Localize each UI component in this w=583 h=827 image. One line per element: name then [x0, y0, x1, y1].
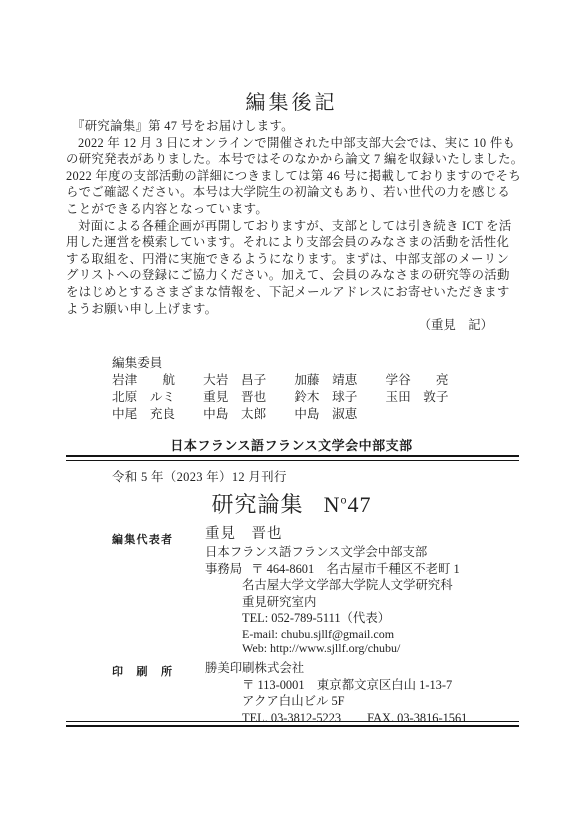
member-family: 玉田	[385, 389, 410, 406]
top-double-rule	[66, 455, 519, 461]
member-family: 大岩	[203, 372, 228, 389]
afterword-line: をはじめとするさまざまな情報を、下記メールアドレスにお寄せいただきます	[66, 284, 519, 301]
afterword-line: 2022 年 12 月 3 日にオンラインで開催された中部支部大会では、実に 1…	[66, 135, 519, 152]
bottom-double-rule	[66, 721, 519, 727]
member-given: 昌子	[241, 372, 266, 389]
editor-web: Web: http://www.sjllf.org/chubu/	[242, 641, 460, 656]
member-name: 大岩 昌子	[203, 372, 266, 389]
committee-section: 編集委員 岩津 航 大岩 昌子 加藤 靖恵 学谷 亮 北原 ルミ	[112, 355, 448, 423]
printer-name: 勝美印刷株式会社	[205, 660, 467, 677]
member-name: 玉田 敦子	[385, 389, 448, 406]
afterword-line: グリストへの登録にご協力ください。加えて、会員のみなさまの研究等の活動	[66, 267, 519, 284]
journal-number: 47	[347, 492, 371, 517]
member-given: ルミ	[150, 389, 175, 406]
publication-date: 令和 5 年（2023 年）12 月刊行	[112, 467, 287, 485]
member-family: 中尾	[112, 406, 137, 423]
member-family: 学谷	[385, 372, 410, 389]
afterword-line: ことができる内容となっています。	[66, 201, 519, 218]
member-given: 充良	[150, 406, 175, 423]
afterword-line: 2022 年度の支部活動の詳細につきましては第 46 号に掲載しておりますのでそ…	[66, 168, 519, 185]
editor-organization: 日本フランス語フランス文学会中部支部	[205, 544, 460, 561]
office-label: 事務局	[205, 561, 242, 578]
printer-block: 勝美印刷株式会社 〒 113-0001 東京都文京区白山 1-13-7 アクア白…	[205, 660, 467, 726]
member-given: 靖恵	[332, 372, 357, 389]
afterword-line: ようお願い申し上げます。	[66, 301, 519, 318]
editor-address-line3: 重見研究室内	[242, 594, 460, 611]
member-given: 球子	[332, 389, 357, 406]
afterword-line: の研究発表がありました。本号ではそのなかから論文 7 編を収録いたしました。	[66, 151, 519, 168]
afterword-body: 『研究論集』第 47 号をお届けします。 2022 年 12 月 3 日にオンラ…	[66, 118, 519, 334]
afterword-line: 『研究論集』第 47 号をお届けします。	[66, 118, 519, 135]
member-family: 中島	[294, 406, 319, 423]
editor-block: 重見 晋也 日本フランス語フランス文学会中部支部 事務局 〒 464-8601 …	[205, 524, 460, 656]
member-family: 岩津	[112, 372, 137, 389]
member-family: 北原	[112, 389, 137, 406]
afterword-signature: （重見 記）	[66, 317, 519, 334]
member-given: 亮	[436, 372, 449, 389]
member-name: 学谷 亮	[385, 372, 448, 389]
member-name: 中島 淑恵	[294, 406, 357, 423]
editor-email: E-mail: chubu.sjllf@gmail.com	[242, 627, 460, 642]
committee-row: 北原 ルミ 重見 晋也 鈴木 球子 玉田 敦子	[112, 389, 448, 406]
committee-row: 岩津 航 大岩 昌子 加藤 靖恵 学谷 亮	[112, 372, 448, 389]
journal-title-text: 研究論集	[212, 492, 304, 517]
editor-tel: TEL: 052-789-5111（代表）	[242, 610, 460, 627]
editor-office-row: 事務局 〒 464-8601 名古屋市千種区不老町 1	[205, 561, 460, 578]
editor-label: 編集代表者	[112, 531, 172, 547]
member-given: 淑恵	[332, 406, 357, 423]
committee-label: 編集委員	[112, 355, 448, 372]
journal-title: 研究論集No47	[0, 488, 583, 519]
afterword-line: 用した運営を模索しています。それにより支部会員のみなさまの活動を活性化	[66, 234, 519, 251]
colophon-page: 編集後記 『研究論集』第 47 号をお届けします。 2022 年 12 月 3 …	[0, 0, 583, 827]
member-family: 重見	[203, 389, 228, 406]
printer-address-line2: アクア白山ビル 5F	[242, 693, 467, 710]
member-name: 鈴木 球子	[294, 389, 357, 406]
member-name: 中島 太郎	[203, 406, 266, 423]
member-name: 重見 晋也	[203, 389, 266, 406]
member-name: 岩津 航	[112, 372, 175, 389]
member-family: 中島	[203, 406, 228, 423]
afterword-line: する取組を、円滑に実施できるようになります。まずは、中部支部のメーリン	[66, 251, 519, 268]
printer-label: 印 刷 所	[112, 663, 172, 679]
member-family: 鈴木	[294, 389, 319, 406]
member-name: 加藤 靖恵	[294, 372, 357, 389]
member-given: 航	[162, 372, 175, 389]
member-given: 敦子	[423, 389, 448, 406]
printer-address-line1: 〒 113-0001 東京都文京区白山 1-13-7	[242, 677, 467, 694]
committee-row: 中尾 充良 中島 太郎 中島 淑恵	[112, 406, 448, 423]
editor-address-line2: 名古屋大学文学部大学院人文学研究科	[242, 577, 460, 594]
afterword-line: 対面による各種企画が再開しておりますが、支部としては引き続き ICT を活	[66, 218, 519, 235]
member-name: 中尾 充良	[112, 406, 175, 423]
member-name: 北原 ルミ	[112, 389, 175, 406]
society-name: 日本フランス語フランス文学会中部支部	[0, 435, 583, 454]
member-family: 加藤	[294, 372, 319, 389]
afterword-line: らでご確認ください。本号は大学院生の初論文もあり、若い世代の力を感じる	[66, 184, 519, 201]
journal-number-prefix: N	[324, 492, 341, 517]
editor-name: 重見 晋也	[205, 524, 460, 544]
member-given: 太郎	[241, 406, 266, 423]
afterword-title: 編集後記	[0, 86, 583, 115]
member-given: 晋也	[241, 389, 266, 406]
office-address: 〒 464-8601 名古屋市千種区不老町 1	[251, 561, 460, 578]
